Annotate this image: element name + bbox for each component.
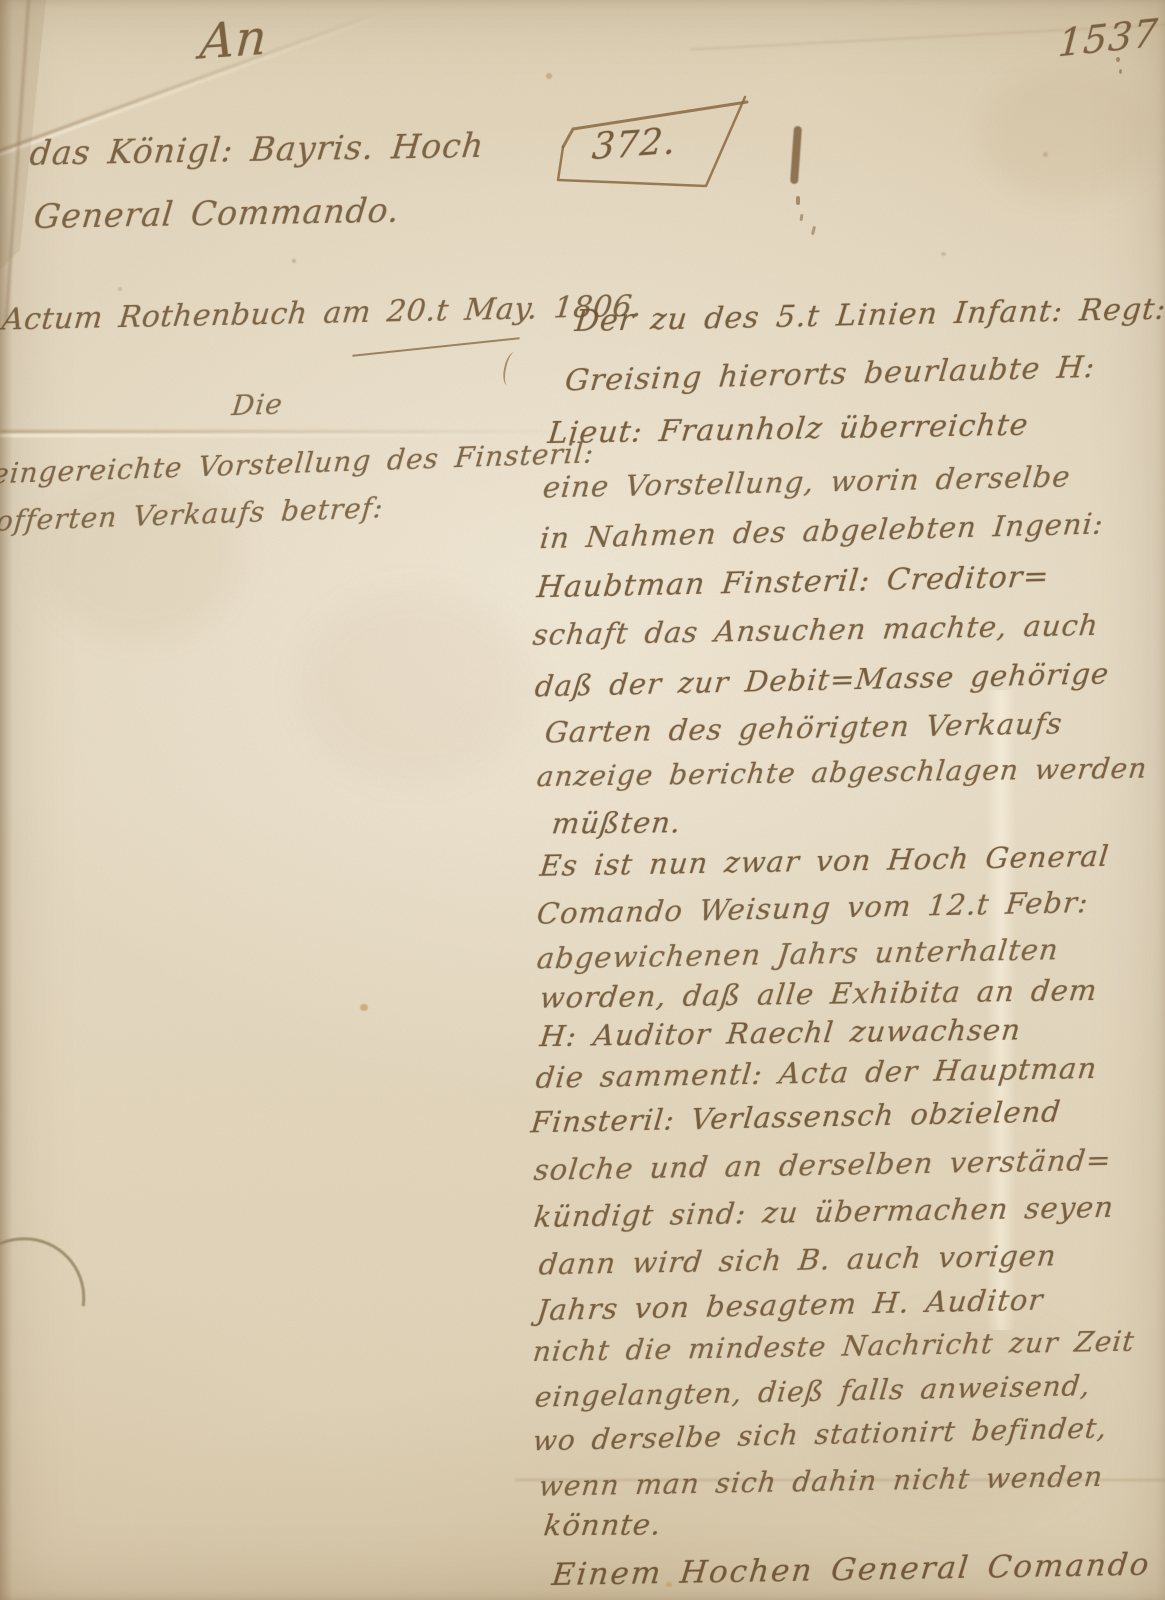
body-line: nicht die mindeste Nachricht zur Zeit <box>531 1325 1136 1369</box>
ink-stroke <box>796 196 800 205</box>
body-line: Finsteril: Verlassensch obzielend <box>529 1094 1062 1139</box>
ink-dot <box>1119 69 1122 74</box>
body-line: eine Vorstellung, worin derselbe <box>541 459 1072 504</box>
ink-stroke <box>800 214 804 221</box>
body-line: eingelangten, dieß falls anweisend, <box>533 1369 1092 1414</box>
body-line: worden, daß alle Exhibita an dem <box>538 973 1099 1015</box>
address-line-2: General Commando. <box>32 191 402 236</box>
body-line: schaft das Ansuchen machte, auch <box>531 608 1100 652</box>
registry-number: 372. <box>591 121 678 168</box>
ink-stroke <box>790 126 802 184</box>
closing-line: Einem Hochen General Comando <box>550 1547 1152 1594</box>
foxing-spot <box>292 259 296 263</box>
body-line: dann wird sich B. auch vorigen <box>537 1238 1058 1281</box>
body-line: Es ist nun zwar von Hoch General <box>538 839 1111 883</box>
dateline: Actum Rothenbuch am 20.t May. 1806. <box>0 289 644 337</box>
body-line: Comando Weisung vom 12.t Febr: <box>535 885 1090 931</box>
body-line: H: Auditor Raechl zuwachsen <box>538 1013 1023 1054</box>
body-line: daß der zur Debit=Masse gehörige <box>533 656 1111 703</box>
body-line: anzeige berichte abgeschlagen werden <box>535 752 1149 794</box>
foxing-spot <box>941 252 946 256</box>
letter-page: 1537 372. An das Königl: Bayris. Hoch Ge… <box>0 0 1165 1600</box>
foxing-spot <box>546 73 552 79</box>
subject-heading: Die <box>230 387 284 422</box>
seal-impression-arc <box>0 1212 111 1389</box>
body-line: müßten. <box>550 805 683 840</box>
foxing-spot <box>1043 152 1048 157</box>
fold-edge-left-vertical <box>4 0 30 324</box>
body-line: in Nahmen des abgelebten Ingeni: <box>538 507 1105 556</box>
body-line: Greising hierorts beurlaubte H: <box>563 350 1097 399</box>
body-line: wo derselbe sich stationirt befindet, <box>531 1411 1108 1457</box>
foxing-spot <box>118 287 122 291</box>
stain <box>980 70 1150 200</box>
address-line-1: das Königl: Bayris. Hoch <box>28 126 486 173</box>
body-line: solche und an derselben verständ= <box>532 1143 1113 1187</box>
subject-line-2: offerten Verkaufs betref: <box>0 491 385 538</box>
body-line: kündigt sind: zu übermachen seyen <box>532 1190 1116 1234</box>
body-line: könnte. <box>542 1507 663 1542</box>
subject-line-1: eingereichte Vorstellung des Finsteril: <box>0 436 596 490</box>
fold-crease-middle-left <box>0 430 570 433</box>
body-line: Haubtman Finsteril: Creditor= <box>535 560 1051 606</box>
body-line: Jahrs von besagtem H. Auditor <box>535 1283 1045 1328</box>
body-line: Der zu des 5.t Linien Infant: Regt: <box>573 292 1165 339</box>
body-line: wenn man sich dahin nicht wenden <box>537 1460 1105 1503</box>
address-salutation: An <box>198 9 269 70</box>
fold-crease-middle-left-highlight <box>0 434 570 437</box>
foxing-spot <box>360 1004 368 1011</box>
ink-stroke <box>811 226 816 235</box>
dateline-flourish <box>352 337 519 357</box>
body-line: Lieut: Fraunholz überreichte <box>546 408 1030 451</box>
body-line: die sammentl: Acta der Hauptman <box>534 1051 1099 1095</box>
stain <box>300 590 530 780</box>
stain <box>40 470 240 640</box>
ink-flourish <box>501 351 522 387</box>
archive-number: 1537 <box>1057 10 1160 65</box>
body-line: Garten des gehörigten Verkaufs <box>543 706 1064 749</box>
body-line: abgewichenen Jahrs unterhalten <box>535 932 1060 975</box>
